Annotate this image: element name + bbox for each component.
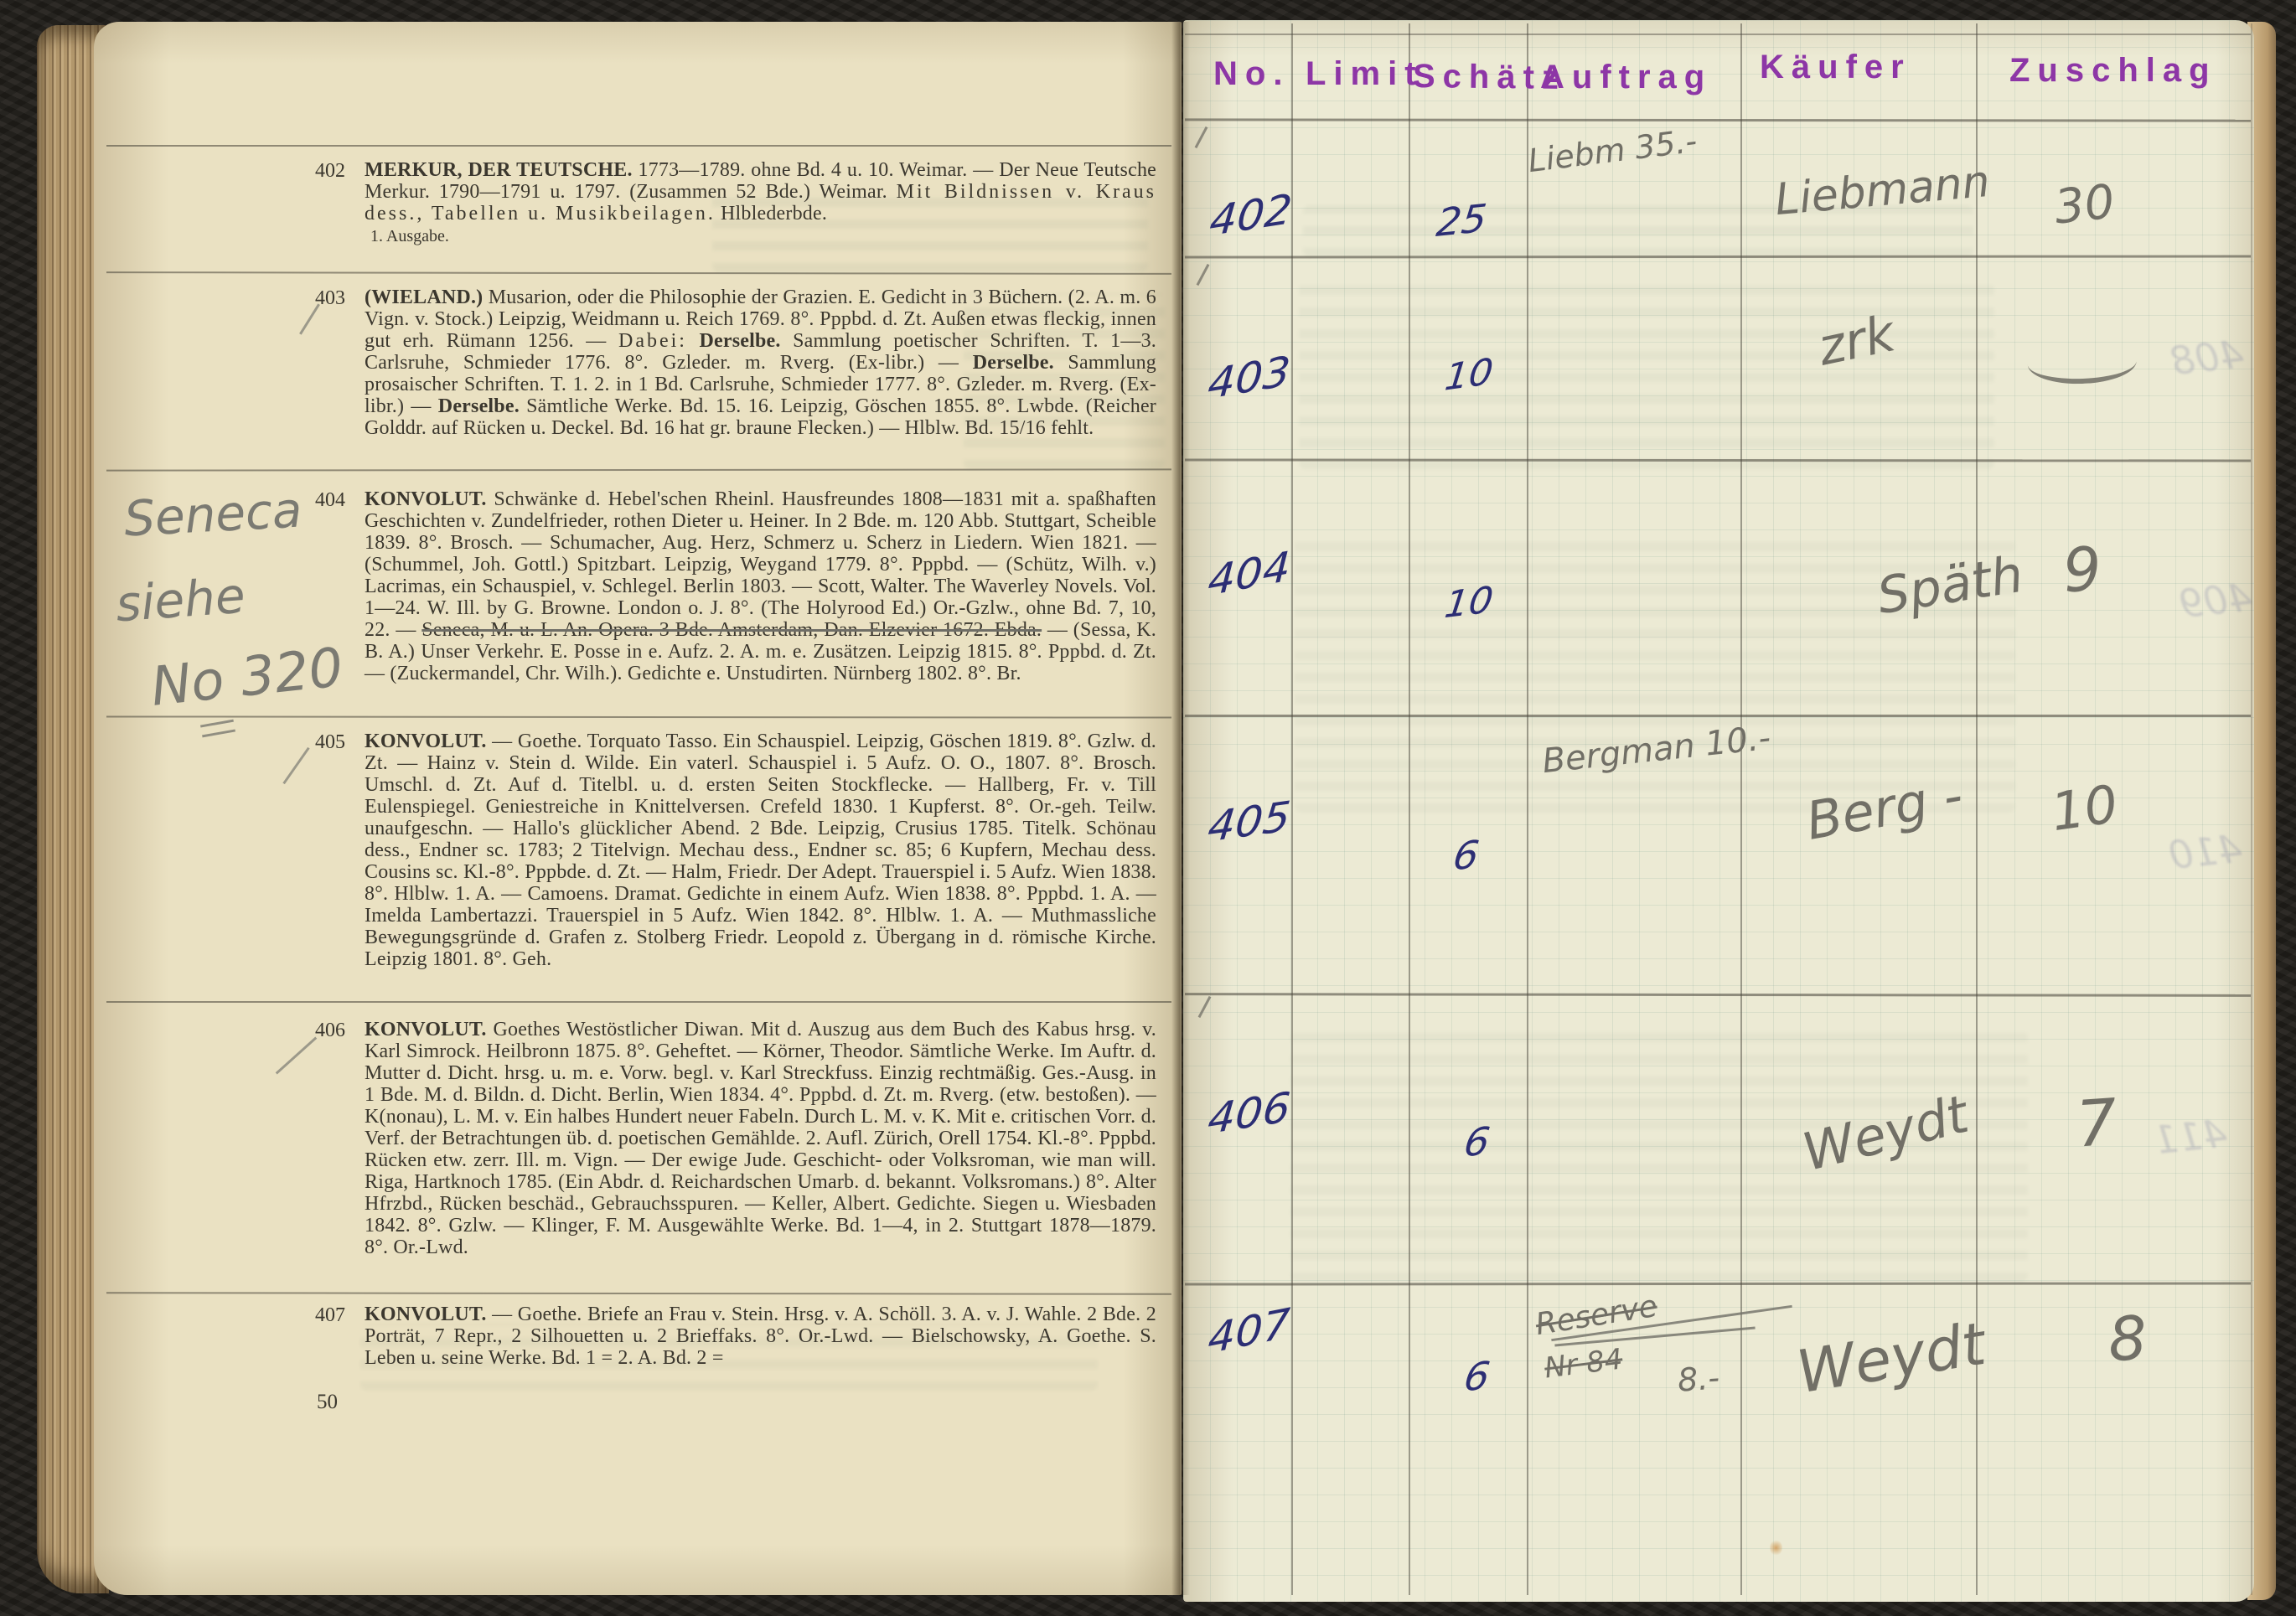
catalog-entry: 403(WIELAND.) Musarion, oder die Philoso… [295,287,1156,439]
entry-separator [106,145,1171,147]
catalog-entry: 402MERKUR, DER TEUTSCHE. 1773—1789. ohne… [295,159,1156,246]
header-auftrag: Auftrag [1540,59,1712,96]
bleed-number: 410 [2166,826,2244,879]
lot-number: 402 [295,159,345,246]
page-number: 50 [317,1391,338,1414]
catalog-entry: 405KONVOLUT. — Goethe. Torquato Tasso. E… [295,731,1156,970]
header-no: No. [1213,55,1290,93]
lot-description: (WIELAND.) Musarion, oder die Philosophi… [365,287,1156,439]
catalog-entry: 406KONVOLUT. Goethes Westöstlicher Diwan… [295,1019,1156,1258]
column-line [2251,23,2252,1595]
bleed-number: 411 [2151,1111,2229,1164]
lot-number: 407 [295,1304,345,1369]
ledger-zuschlag: 10 [2047,773,2121,843]
ledger-zuschlag: 7 [2074,1084,2119,1161]
bleed-number: 409 [2176,575,2254,627]
ledger-auftrag: 8.- [1677,1359,1721,1398]
lot-description: KONVOLUT. — Goethe. Briefe an Frau v. St… [365,1304,1156,1369]
ledger-schaetz: 10 [1442,579,1496,627]
lot-number: 406 [295,1019,345,1258]
header-zuschlag: Zuschlag [2009,52,2217,90]
ledger-zuschlag: 8 [2107,1303,2149,1375]
column-line [1409,23,1410,1595]
column-line [1740,23,1742,1595]
ledger-zuschlag: 9 [2061,534,2104,607]
row-line [1185,715,2251,717]
lot-description: MERKUR, DER TEUTSCHE. 1773—1789. ohne Bd… [365,159,1156,225]
lot-description: KONVOLUT. Goethes Westöstlicher Diwan. M… [365,1019,1156,1258]
bleed-through [1299,276,1994,469]
lot-description: KONVOLUT. — Goethe. Torquato Tasso. Ein … [365,731,1156,970]
margin-note-line: Seneca [122,481,303,547]
lot-number: 403 [295,287,345,439]
lot-edition-note: 1. Ausgabe. [370,227,1156,246]
catalog-entry: 404KONVOLUT. Schwänke d. Hebel'schen Rhe… [295,488,1156,684]
ledger-schaetz: 10 [1443,350,1496,399]
row-line [1185,34,2251,35]
lot-number: 405 [295,731,345,970]
ledger-zuschlag: 30 [2052,174,2118,235]
entry-separator [106,1001,1171,1003]
column-line [1291,23,1293,1595]
catalog-entry: 407KONVOLUT. — Goethe. Briefe an Frau v.… [295,1304,1156,1369]
auction-catalog-scan: 402MERKUR, DER TEUTSCHE. 1773—1789. ohne… [0,0,2296,1616]
column-line [1527,23,1528,1595]
lot-description: KONVOLUT. Schwänke d. Hebel'schen Rheinl… [365,488,1156,684]
header-kaeufer: Käufer [1760,49,1911,86]
ledger-schaetz: 25 [1435,195,1489,245]
paper-stain [1770,1540,1782,1556]
header-limit: Limit [1306,55,1424,93]
bleed-number: 408 [2168,332,2246,385]
margin-note-line: siehe [114,567,247,633]
